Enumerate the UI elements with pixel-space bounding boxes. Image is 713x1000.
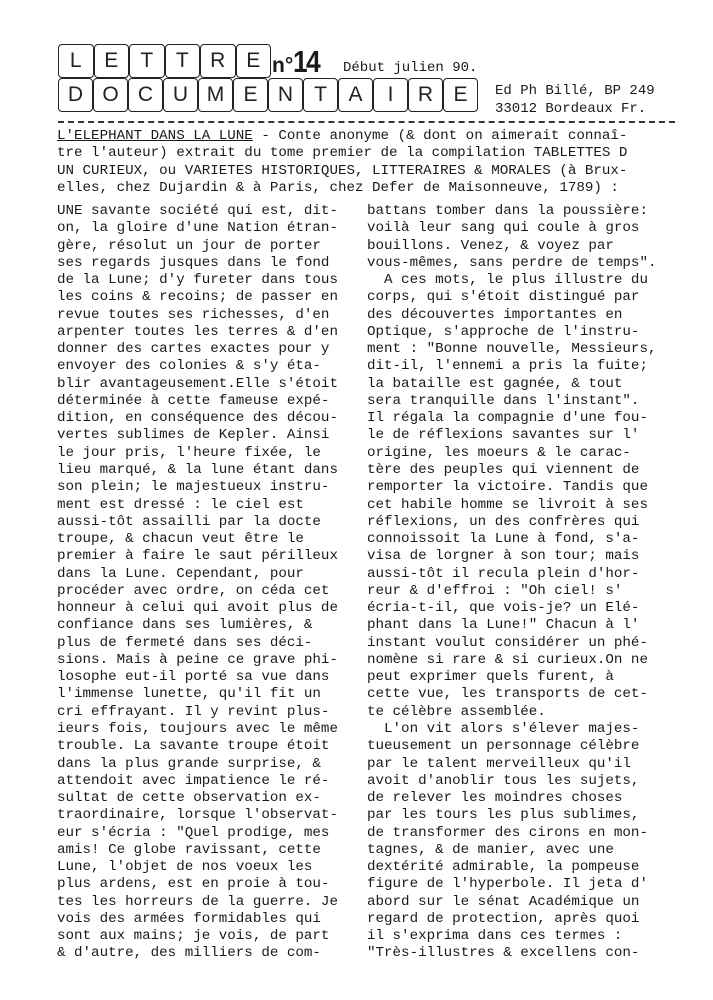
- text-line: procéder avec ordre, on céda cet: [57, 583, 338, 600]
- intro-line: UN CURIEUX, ou VARIETES HISTORIQUES, LIT…: [57, 163, 627, 179]
- text-line: revue toutes ses richesses, d'en: [57, 307, 338, 324]
- issue-number: n°14: [272, 44, 324, 80]
- issue-prefix: n°: [272, 54, 293, 77]
- text-line: battans tomber dans la poussière:: [367, 203, 656, 220]
- text-line: envoyer des colonies & s'y éta-: [57, 358, 338, 375]
- text-line: cet habile homme se livroit à ses: [367, 497, 656, 514]
- text-line: réflexions, un des confrères qui: [367, 514, 656, 531]
- text-line: dans la Lune. Cependant, pour: [57, 566, 338, 583]
- text-line: ses regards jusques dans le fond: [57, 255, 338, 272]
- text-line: avoit d'anoblir tous les sujets,: [367, 773, 656, 790]
- letter-tile: T: [303, 78, 338, 112]
- text-line: tagnes, & de manier, avec une: [367, 842, 656, 859]
- text-line: tère des peuples qui viennent de: [367, 462, 656, 479]
- text-line: bouillons. Venez, & voyez par: [367, 238, 656, 255]
- story-title: L'ELEPHANT DANS LA LUNE: [57, 128, 253, 144]
- letter-tile: I: [373, 78, 408, 112]
- text-line: sont aux mains; je vois, de part: [57, 928, 338, 945]
- text-line: dextérité admirable, la pompeuse: [367, 859, 656, 876]
- text-line: l'immense lunette, qu'il fit un: [57, 686, 338, 703]
- text-line: tes les horreurs de la guerre. Je: [57, 894, 338, 911]
- letter-tile: M: [198, 78, 233, 112]
- text-line: cette vue, les transports de cet-: [367, 686, 656, 703]
- dashed-divider: [58, 121, 675, 123]
- letter-tile: T: [165, 44, 201, 78]
- text-line: peut exprimer quels furent, à: [367, 669, 656, 686]
- text-line: connoissoit la Lune à fond, s'a-: [367, 531, 656, 548]
- letter-tile: U: [163, 78, 198, 112]
- text-line: corps, qui s'étoit distingué par: [367, 289, 656, 306]
- text-line: la bataille est gagnée, & tout: [367, 376, 656, 393]
- letter-tile: L: [58, 44, 94, 78]
- text-line: tueusement un personnage célèbre: [367, 738, 656, 755]
- text-line: origine, les moeurs & le carac-: [367, 445, 656, 462]
- text-line: gère, résolut un jour de porter: [57, 238, 338, 255]
- text-line: amis! Ce globe ravissant, cette: [57, 842, 338, 859]
- address-line: 33012 Bordeaux Fr.: [495, 100, 655, 118]
- issue-number-value: 14: [293, 44, 319, 80]
- text-line: "Très-illustres & excellens con-: [367, 945, 656, 962]
- text-line: trouble. La savante troupe étoit: [57, 738, 338, 755]
- text-line: son plein; le majestueux instru-: [57, 479, 338, 496]
- text-line: lieu marqué, & la lune étant dans: [57, 462, 338, 479]
- text-line: ment est dressé : le ciel est: [57, 497, 338, 514]
- text-line: phant dans la Lune!" Chacun à l': [367, 617, 656, 634]
- text-line: UNE savante société qui est, dit-: [57, 203, 338, 220]
- text-line: on, la gloire d'une Nation étran-: [57, 220, 338, 237]
- text-line: & d'autre, des milliers de com-: [57, 945, 338, 962]
- text-line: sultat de cette observation ex-: [57, 790, 338, 807]
- text-line: regard de protection, après quoi: [367, 911, 656, 928]
- text-line: te célèbre assemblée.: [367, 704, 656, 721]
- letter-tile: A: [338, 78, 373, 112]
- text-line: losophe eut-il porté sa vue dans: [57, 669, 338, 686]
- text-line: honneur à celui qui avoit plus de: [57, 600, 338, 617]
- text-line: aussi-tôt assailli par la docte: [57, 514, 338, 531]
- text-line: de la Lune; d'y fureter dans tous: [57, 272, 338, 289]
- text-line: vois des armées formidables qui: [57, 911, 338, 928]
- text-line: Lune, l'objet de nos voeux les: [57, 859, 338, 876]
- intro-line: tre l'auteur) extrait du tome premier de…: [57, 145, 627, 161]
- text-line: visa de lorgner à son tour; mais: [367, 548, 656, 565]
- letter-tile: C: [128, 78, 163, 112]
- letter-tile: T: [129, 44, 165, 78]
- intro-line: - Conte anonyme (& dont on aimerait conn…: [253, 128, 628, 144]
- text-line: plus ardens, est en proie à tou-: [57, 876, 338, 893]
- text-column-left: UNE savante société qui est, dit-on, la …: [57, 203, 338, 963]
- text-line: sera tranquille dans l'instant".: [367, 393, 656, 410]
- text-line: des découvertes importantes en: [367, 307, 656, 324]
- text-line: dition, en conséquence des décou-: [57, 410, 338, 427]
- text-line: traordinaire, lorsque l'observat-: [57, 807, 338, 824]
- letter-tile: N: [268, 78, 303, 112]
- publisher-address: Ed Ph Billé, BP 249 33012 Bordeaux Fr.: [495, 82, 655, 118]
- letter-tile: E: [233, 78, 268, 112]
- masthead-word-documentaire: DOCUMENTAIRE: [58, 78, 478, 112]
- text-line: dans la plus grande surprise, &: [57, 756, 338, 773]
- issue-date: Début julien 90.: [343, 60, 477, 76]
- letter-tile: R: [200, 44, 236, 78]
- text-line: Il régala la compagnie d'une fou-: [367, 410, 656, 427]
- text-line: dit-il, l'ennemi a pris la fuite;: [367, 358, 656, 375]
- letter-tile: O: [93, 78, 128, 112]
- text-line: sions. Mais à peine ce grave phi-: [57, 652, 338, 669]
- text-line: écria-t-il, que vois-je? un Elé-: [367, 600, 656, 617]
- text-line: cri effrayant. Il y revint plus-: [57, 704, 338, 721]
- text-line: confiance dans ses lumières, &: [57, 617, 338, 634]
- text-line: par les tours les plus sublimes,: [367, 807, 656, 824]
- text-line: L'on vit alors s'élever majes-: [367, 721, 656, 738]
- letter-tile: D: [58, 78, 93, 112]
- text-line: eur s'écria : "Quel prodige, mes: [57, 825, 338, 842]
- text-line: attendoit avec impatience le ré-: [57, 773, 338, 790]
- letter-tile: R: [408, 78, 443, 112]
- text-line: il s'exprima dans ces termes :: [367, 928, 656, 945]
- text-line: déterminée à cette fameuse expé-: [57, 393, 338, 410]
- text-line: arpenter toutes les terres & d'en: [57, 324, 338, 341]
- masthead-title: LETTRE DOCUMENTAIRE: [58, 44, 478, 112]
- text-line: A ces mots, le plus illustre du: [367, 272, 656, 289]
- text-line: Optique, s'approche de l'instru-: [367, 324, 656, 341]
- text-line: de relever les moindres choses: [367, 790, 656, 807]
- address-line: Ed Ph Billé, BP 249: [495, 82, 655, 100]
- text-line: donner des cartes exactes pour y: [57, 341, 338, 358]
- text-line: instant voulut considérer un phé-: [367, 635, 656, 652]
- text-line: blir avantageusement.Elle s'étoit: [57, 376, 338, 393]
- text-line: les coins & recoins; de passer en: [57, 289, 338, 306]
- text-line: le de réflexions savantes sur l': [367, 427, 656, 444]
- letter-tile: E: [236, 44, 272, 78]
- text-line: par le talent merveilleux qu'il: [367, 756, 656, 773]
- text-line: remporter la victoire. Tandis que: [367, 479, 656, 496]
- text-line: ment : "Bonne nouvelle, Messieurs,: [367, 341, 656, 358]
- text-line: de transformer des cirons en mon-: [367, 825, 656, 842]
- text-line: reur & d'effroi : "Oh ciel! s': [367, 583, 656, 600]
- intro-paragraph: L'ELEPHANT DANS LA LUNE - Conte anonyme …: [57, 128, 682, 198]
- letter-tile: E: [443, 78, 478, 112]
- text-line: plus de fermeté dans ses déci-: [57, 635, 338, 652]
- text-line: vertes sublimes de Kepler. Ainsi: [57, 427, 338, 444]
- text-line: ieurs fois, toujours avec le même: [57, 721, 338, 738]
- text-line: vous-mêmes, sans perdre de temps".: [367, 255, 656, 272]
- text-line: figure de l'hyperbole. Il jeta d': [367, 876, 656, 893]
- text-column-right: battans tomber dans la poussière:voilà l…: [367, 203, 656, 963]
- text-line: premier à faire le saut périlleux: [57, 548, 338, 565]
- text-line: troupe, & chacun veut être le: [57, 531, 338, 548]
- text-line: abord sur le sénat Académique un: [367, 894, 656, 911]
- text-line: le jour pris, l'heure fixée, le: [57, 445, 338, 462]
- letter-tile: E: [94, 44, 130, 78]
- text-line: voilà leur sang qui coule à gros: [367, 220, 656, 237]
- text-line: aussi-tôt il recula plein d'hor-: [367, 566, 656, 583]
- intro-line: elles, chez Dujardin & à Paris, chez Def…: [57, 180, 619, 196]
- text-line: nomène si rare & si curieux.On ne: [367, 652, 656, 669]
